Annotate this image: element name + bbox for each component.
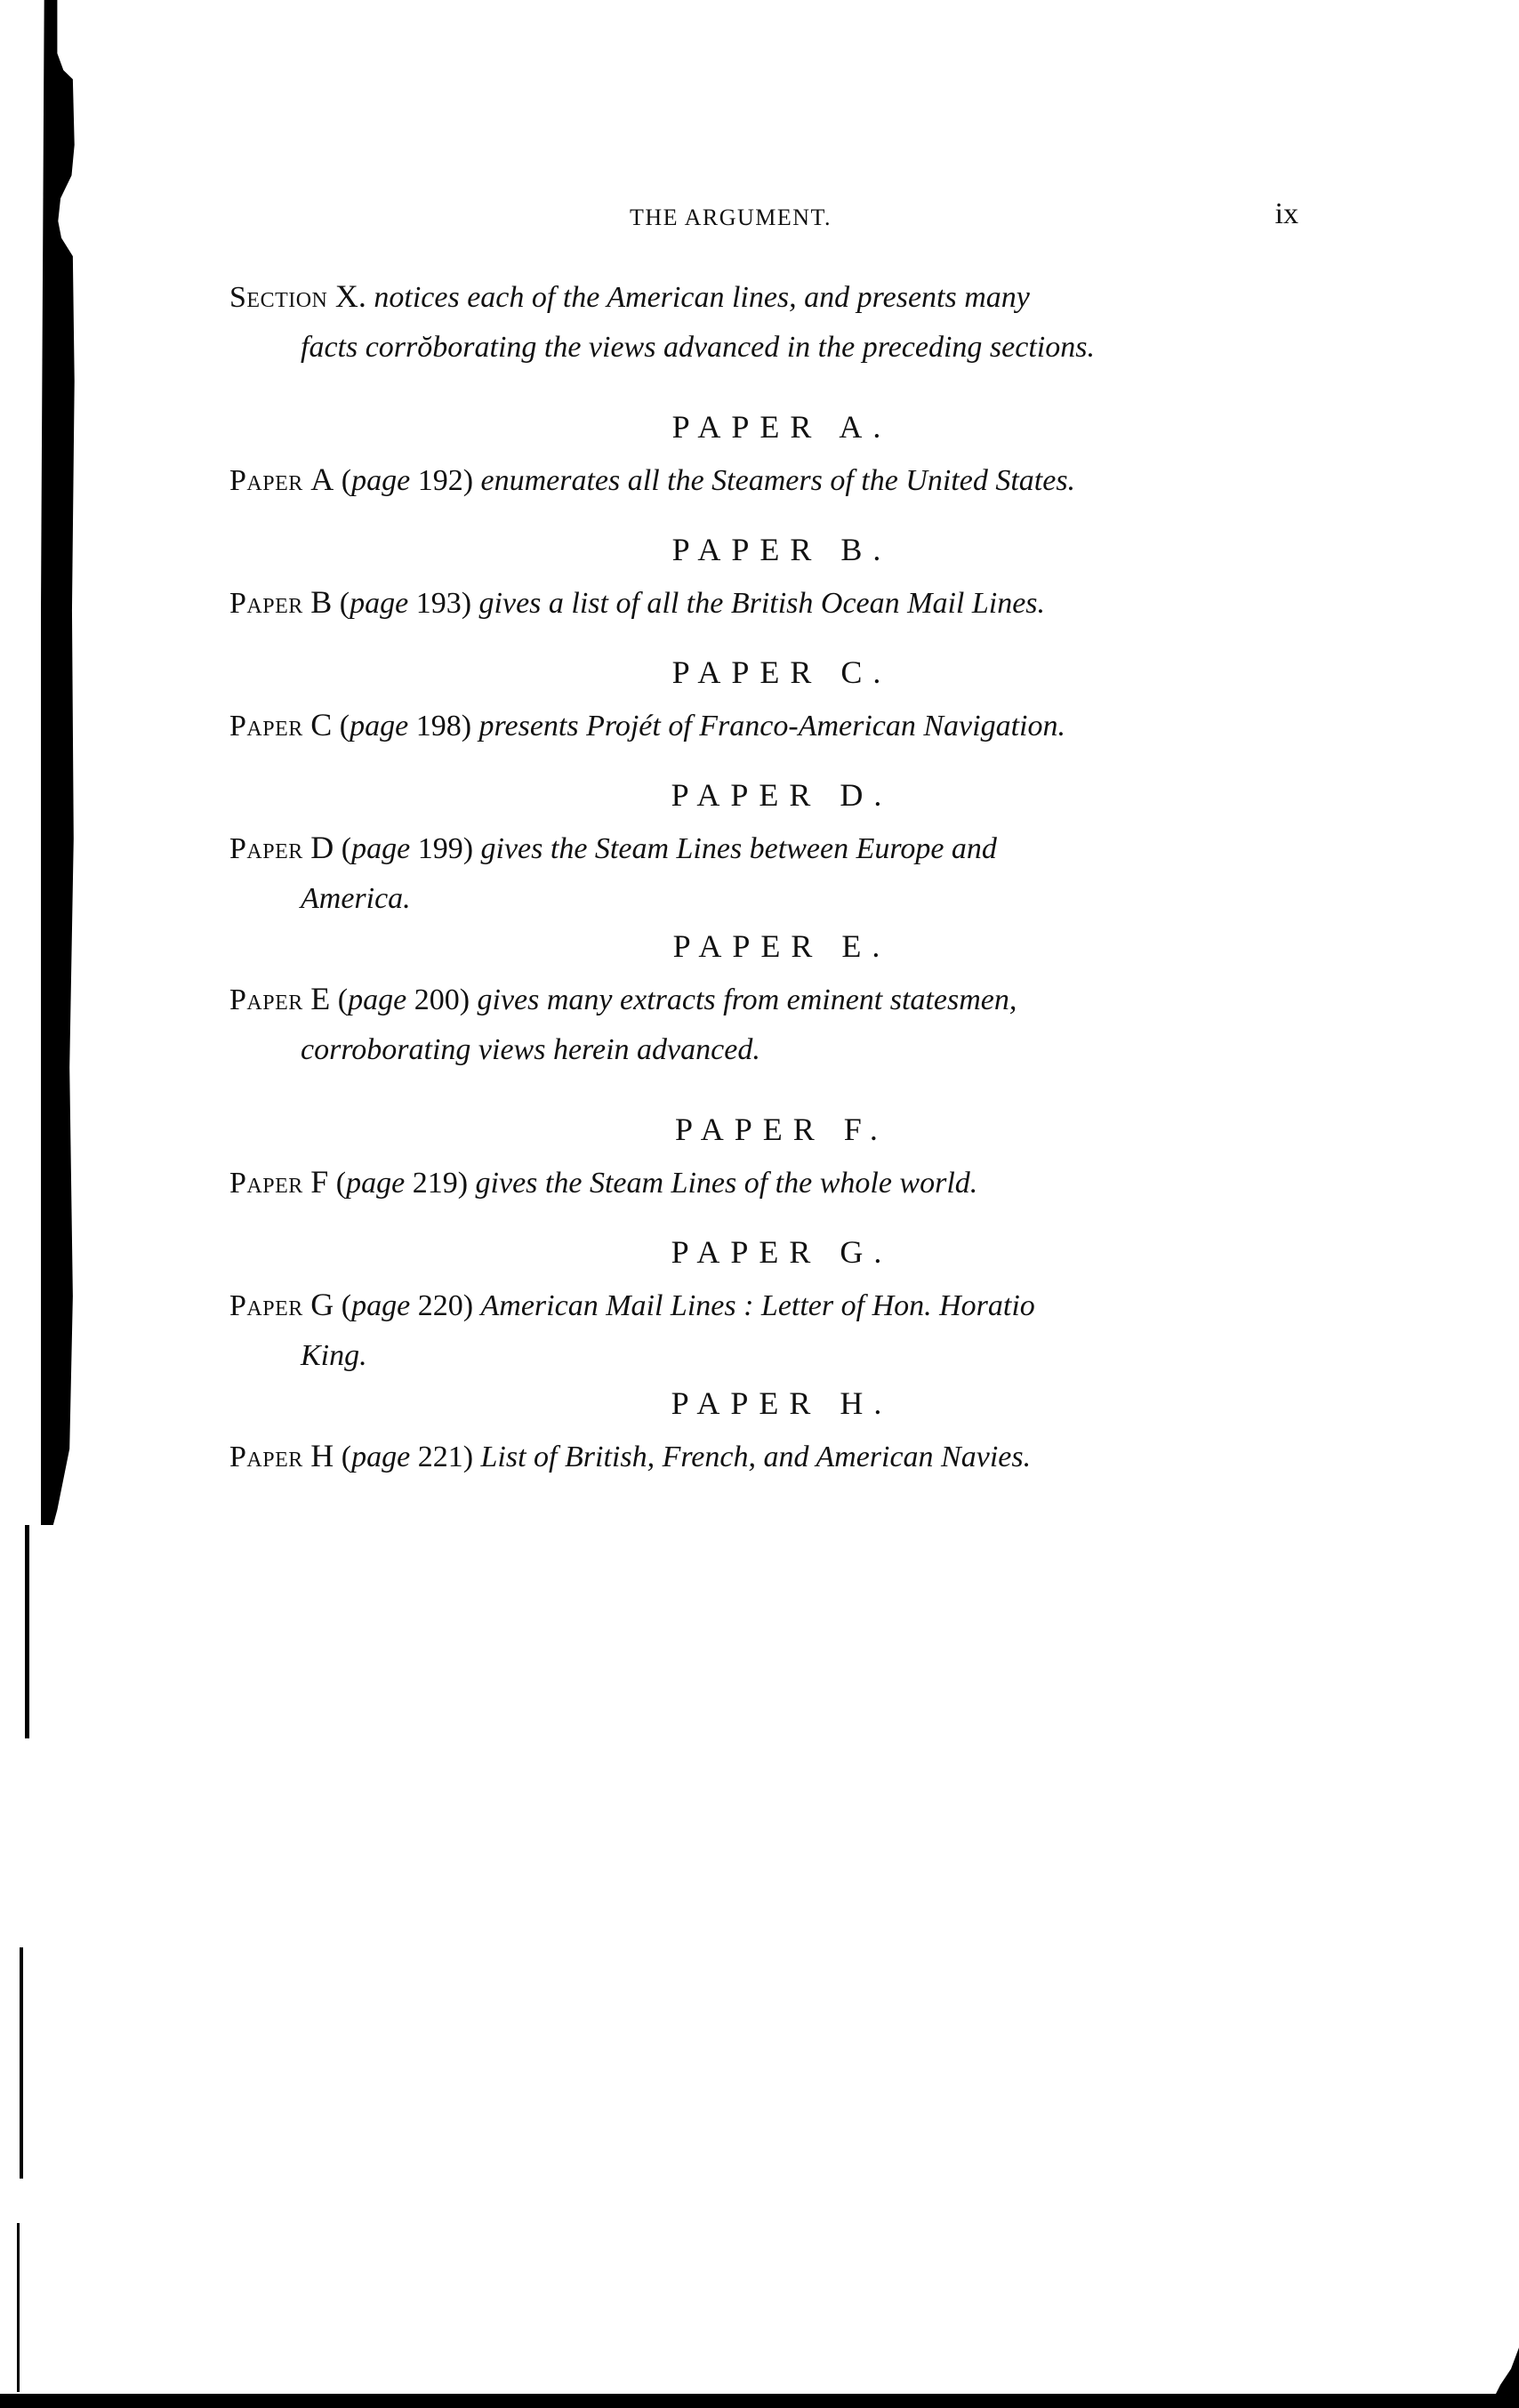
page-reference: 192 [418,464,463,497]
page-word: page [350,710,408,742]
paper-letter: H [310,1438,334,1473]
paper-description-continuation: King. [229,1331,1298,1381]
heading-paper-d: PAPER D. [265,773,1298,817]
binding-edge-line [17,2223,20,2392]
heading-paper-b: PAPER B. [265,527,1298,572]
heading-paper-c: PAPER C. [265,650,1298,694]
page-reference: 198 [416,710,462,742]
paper-letter: D [310,830,334,865]
page-number: ix [1275,197,1298,231]
page-reference: 193 [416,587,462,620]
paper-description: American Mail Lines : Letter of Hon. Hor… [481,1289,1035,1322]
page-word: page [351,464,410,497]
paper-label: Paper [229,1289,303,1322]
binding-shadow [41,0,82,1525]
paper-description-continuation: corroborating views herein advanced. [229,1025,1298,1075]
page-reference: 219 [413,1167,458,1200]
section-x-paragraph: Section X. notices each of the American … [229,271,1298,373]
paper-label: Paper [229,710,303,742]
heading-paper-e: PAPER E. [265,924,1298,968]
page-word: page [351,1289,410,1322]
paper-e-entry: Paper E (page 200) gives many extracts f… [229,974,1298,1075]
running-head: THE ARGUMENT. ix [229,201,1298,237]
heading-paper-h: PAPER H. [265,1381,1298,1425]
binding-edge-line [20,1947,23,2179]
scan-corner-shadow [1492,2348,1519,2401]
paper-label: Paper [229,1167,303,1200]
page-reference: 220 [418,1289,463,1322]
paper-description: gives many extracts from eminent statesm… [478,983,1017,1016]
heading-paper-g: PAPER G. [265,1230,1298,1274]
page-reference: 200 [414,983,460,1016]
scan-bottom-edge [0,2394,1519,2408]
paper-letter: E [310,981,330,1016]
page-word: page [346,1167,405,1200]
paper-b-entry: Paper B (page 193) gives a list of all t… [229,577,1298,629]
paper-description: presents Projét of Franco-American Navig… [479,710,1065,742]
paper-label: Paper [229,1441,303,1473]
paper-letter: B [310,584,332,620]
page-word: page [348,983,406,1016]
section-text: notices each of the American lines, and … [374,281,1029,314]
paper-label: Paper [229,464,303,497]
paper-letter: F [310,1164,328,1200]
page-word: page [351,832,410,865]
paper-letter: C [310,707,332,742]
paper-label: Paper [229,983,303,1016]
page-body: Section X. notices each of the American … [229,271,1298,1482]
paper-letter: A [310,462,334,497]
paper-a-entry: Paper A (page 192) enumerates all the St… [229,454,1298,506]
paper-description: List of British, French, and American Na… [481,1441,1032,1473]
paper-letter: G [310,1287,334,1322]
section-label: Section [229,281,327,314]
paper-description: gives the Steam Lines of the whole world… [476,1167,978,1200]
paper-description: gives the Steam Lines between Europe and [481,832,997,865]
paper-d-entry: Paper D (page 199) gives the Steam Lines… [229,823,1298,924]
paper-label: Paper [229,832,303,865]
paper-description: gives a list of all the British Ocean Ma… [479,587,1046,620]
paper-description-continuation: America. [229,874,1298,924]
page-reference: 221 [418,1441,463,1473]
paper-description: enumerates all the Steamers of the Unite… [481,464,1076,497]
paper-label: Paper [229,587,303,620]
binding-edge-line [25,1525,29,1738]
heading-paper-f: PAPER F. [265,1107,1298,1152]
running-title: THE ARGUMENT. [630,205,832,231]
paper-f-entry: Paper F (page 219) gives the Steam Lines… [229,1157,1298,1208]
heading-paper-a: PAPER A. [265,405,1298,449]
page-reference: 199 [418,832,463,865]
page-word: page [350,587,408,620]
section-number: X. [335,278,366,314]
page-word: page [351,1441,410,1473]
paper-g-entry: Paper G (page 220) American Mail Lines :… [229,1280,1298,1381]
paper-c-entry: Paper C (page 198) presents Projét of Fr… [229,700,1298,751]
section-text-continuation: facts corrŏborating the views advanced i… [229,323,1298,373]
paper-h-entry: Paper H (page 221) List of British, Fren… [229,1431,1298,1482]
